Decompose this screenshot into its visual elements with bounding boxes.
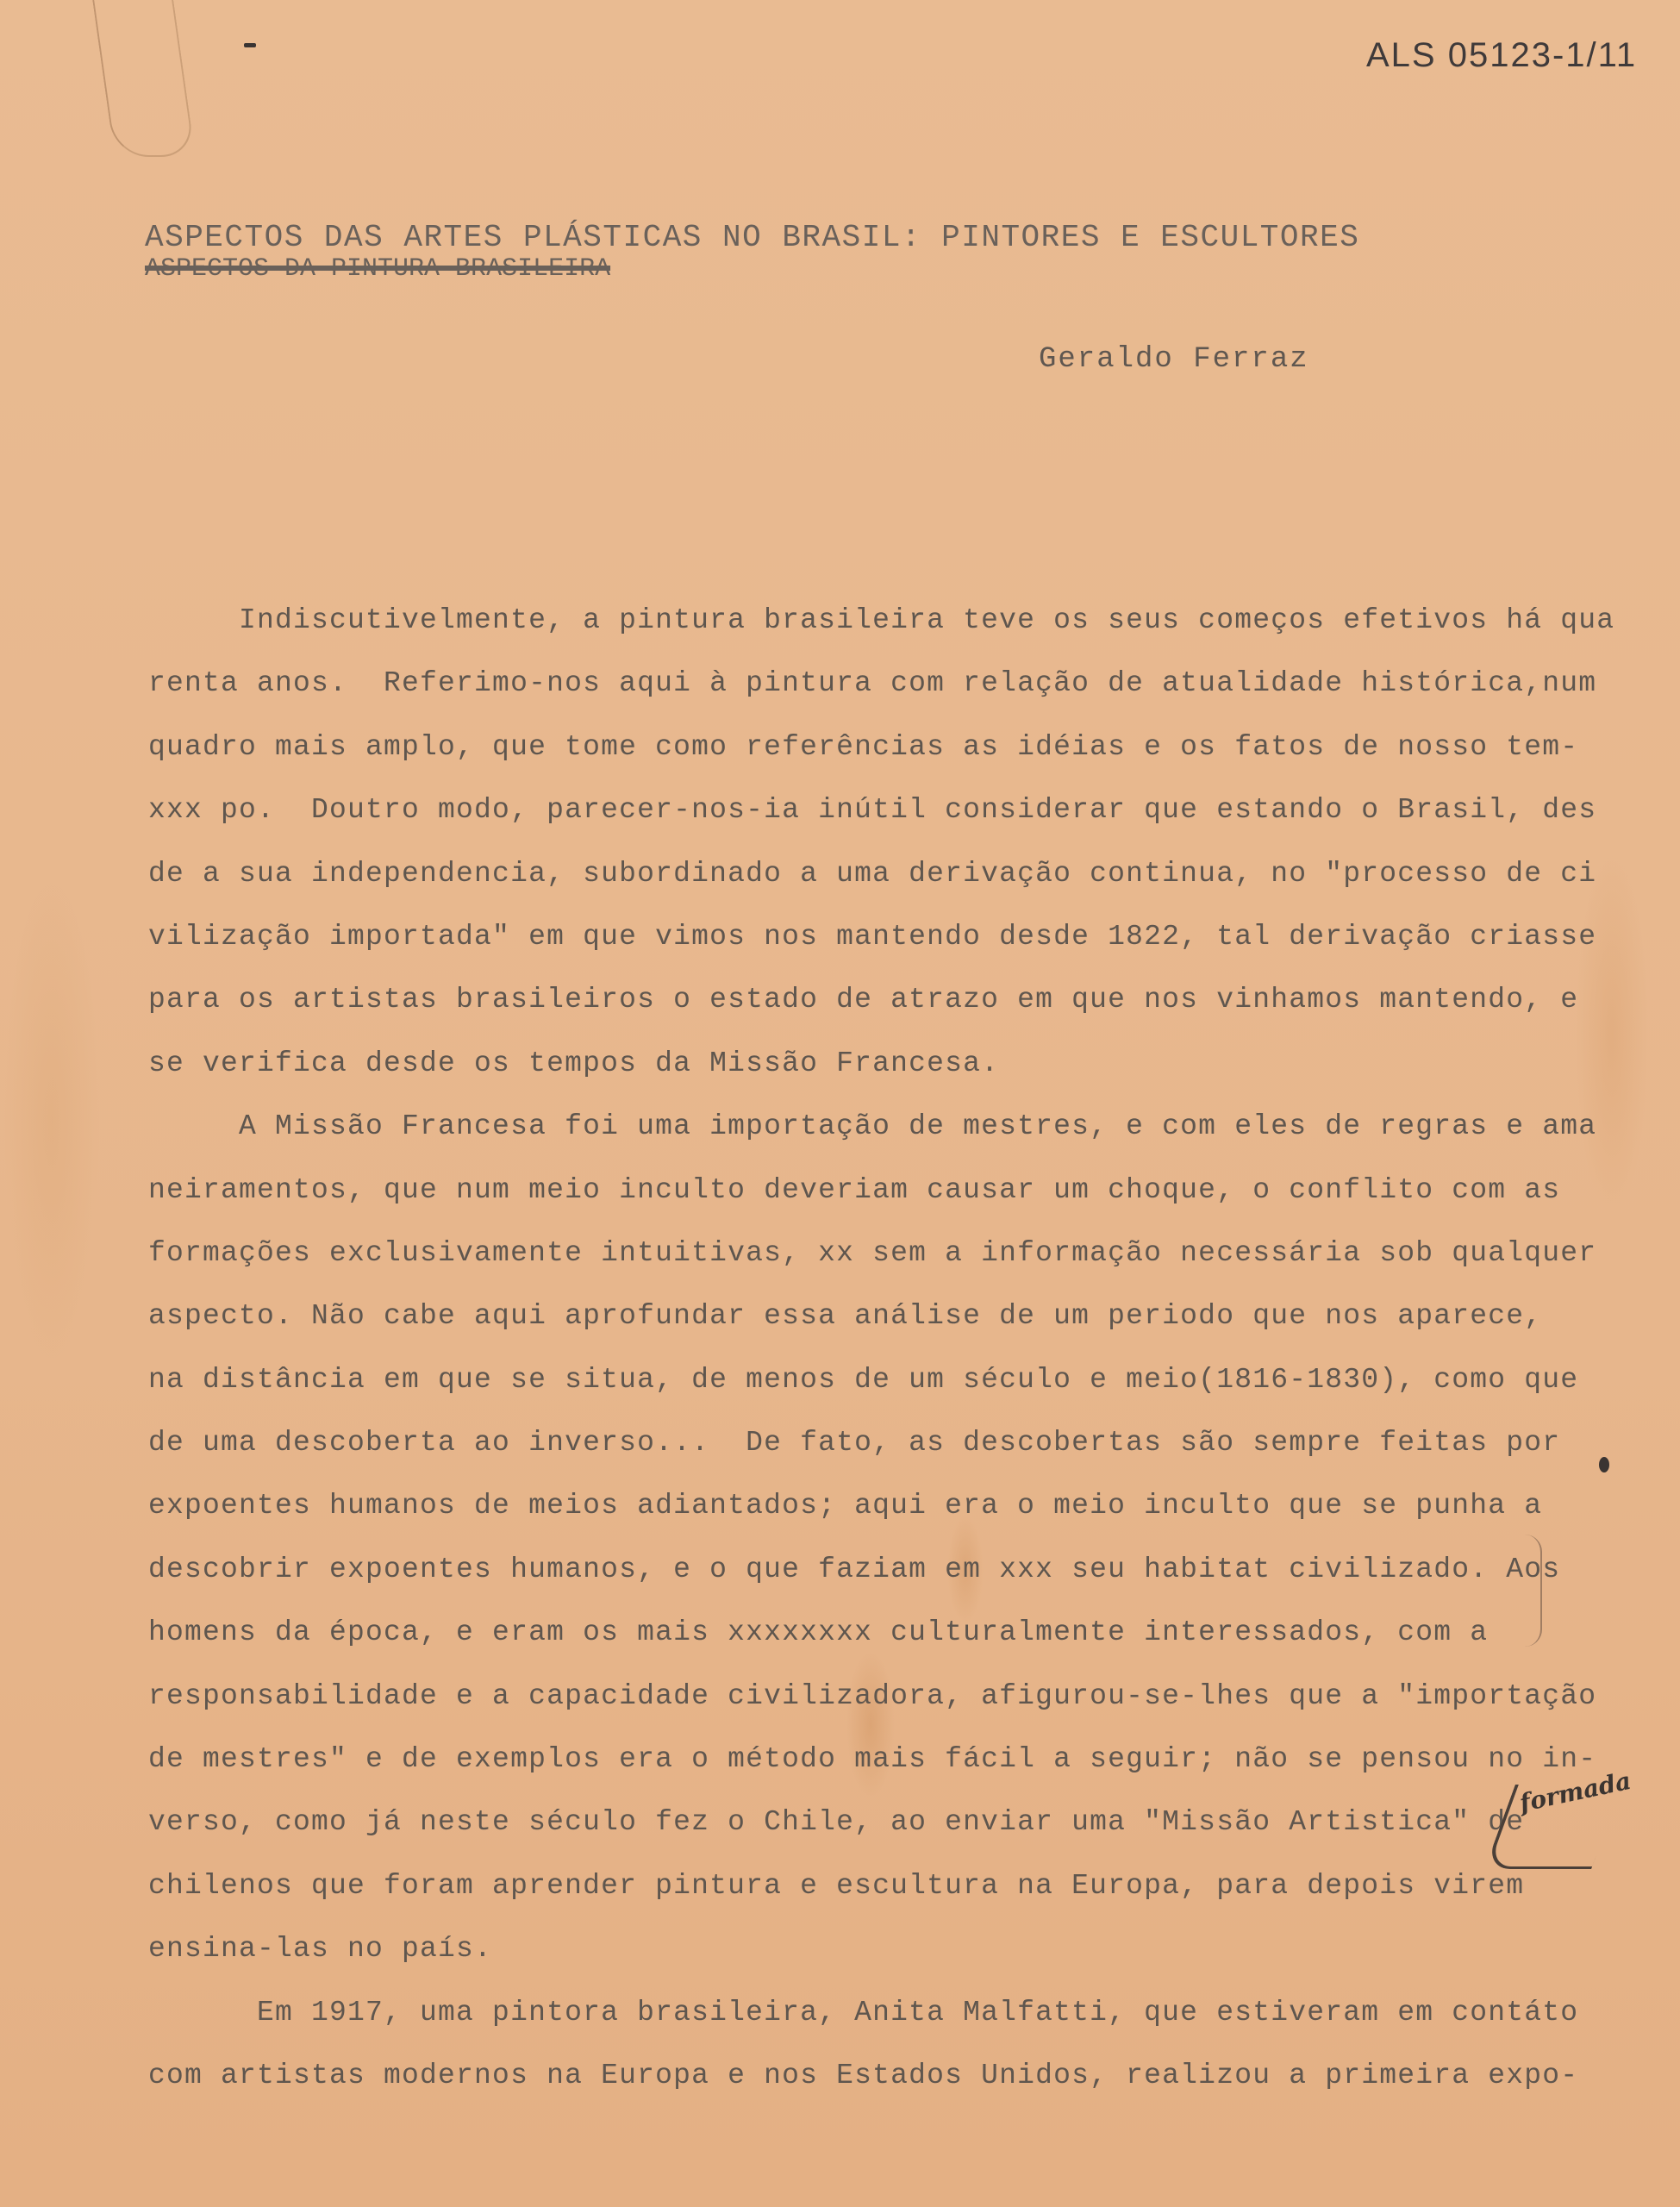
- text-line: na distância em que se situa, de menos d…: [148, 1359, 1665, 1422]
- typed-body-text: Indiscutivelmente, a pintura brasileira …: [148, 599, 1665, 2117]
- text-line: de uma descoberta ao inverso... De fato,…: [148, 1422, 1665, 1485]
- text-line: expoentes humanos de meios adiantados; a…: [148, 1485, 1665, 1547]
- text-line: descobrir expoentes humanos, e o que faz…: [148, 1548, 1665, 1611]
- catalog-mark: ALS 05123-1/11: [1366, 36, 1637, 75]
- text-line: Indiscutivelmente, a pintura brasileira …: [148, 599, 1665, 662]
- text-line: formações exclusivamente intuitivas, xx …: [148, 1232, 1665, 1295]
- text-line: ensina-las no país.: [148, 1928, 1665, 1991]
- ink-blot: [1599, 1457, 1609, 1472]
- pencil-bracket-mark: [1521, 1535, 1542, 1647]
- text-line: de mestres" e de exemplos era o método m…: [148, 1738, 1665, 1801]
- text-line: A Missão Francesa foi uma importação de …: [148, 1105, 1665, 1168]
- text-line: renta anos. Referimo-nos aqui à pintura …: [148, 662, 1665, 725]
- text-line: quadro mais amplo, que tome como referên…: [148, 726, 1665, 789]
- text-line: xxx po. Doutro modo, parecer-nos-ia inút…: [148, 789, 1665, 852]
- text-line: responsabilidade e a capacidade civiliza…: [148, 1675, 1665, 1738]
- paper-fold-crease: [92, 0, 196, 157]
- text-line: homens da época, e eram os mais xxxxxxxx…: [148, 1611, 1665, 1674]
- text-line: aspecto. Não cabe aqui aprofundar essa a…: [148, 1295, 1665, 1358]
- text-line: para os artistas brasileiros o estado de…: [148, 978, 1665, 1041]
- text-line: vilização importada" em que vimos nos ma…: [148, 916, 1665, 978]
- struck-out-title: ASPECTOS DA PINTURA BRASILEIRA: [145, 254, 610, 284]
- ink-mark: [244, 43, 256, 47]
- document-title: ASPECTOS DAS ARTES PLÁSTICAS NO BRASIL: …: [145, 220, 1359, 255]
- author-name: Geraldo Ferraz: [1039, 343, 1309, 376]
- text-line: neiramentos, que num meio inculto deveri…: [148, 1169, 1665, 1232]
- text-line: Em 1917, uma pintora brasileira, Anita M…: [148, 1991, 1665, 2054]
- text-line: verso, como já neste século fez o Chile,…: [148, 1801, 1665, 1864]
- text-line: com artistas modernos na Europa e nos Es…: [148, 2054, 1665, 2117]
- text-line: de a sua independencia, subordinado a um…: [148, 853, 1665, 916]
- text-line: se verifica desde os tempos da Missão Fr…: [148, 1042, 1665, 1105]
- text-line: chilenos que foram aprender pintura e es…: [148, 1865, 1665, 1928]
